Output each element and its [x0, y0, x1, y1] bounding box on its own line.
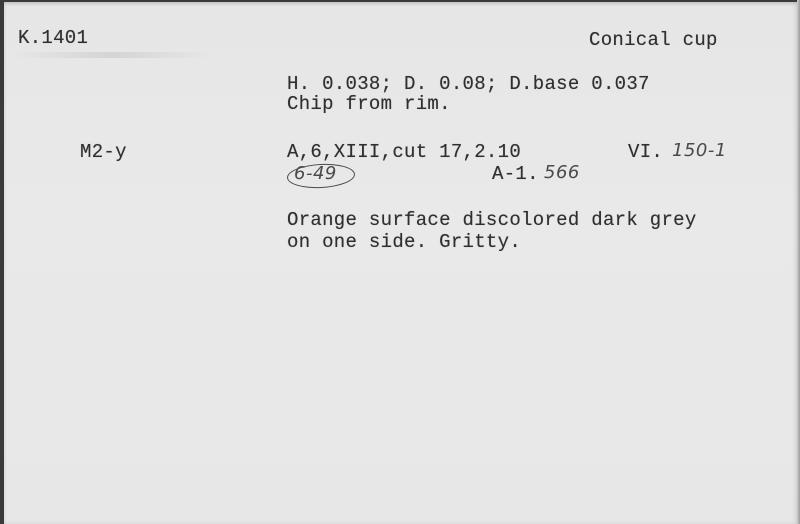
catalog-number: K.1401 — [18, 28, 88, 48]
fabric-code: M2-y — [80, 142, 127, 162]
condition-note: Chip from rim. — [287, 94, 451, 114]
inventory-ref-typed: VI. — [628, 142, 663, 162]
photo-ref-typed: A-1. — [492, 164, 539, 184]
catalog-card: K.1401 Conical cup H. 0.038; D. 0.08; D.… — [4, 2, 798, 524]
date-circled-handwritten: 6-49 — [294, 163, 337, 184]
object-type: Conical cup — [589, 30, 718, 50]
paper-smudge — [12, 52, 212, 58]
description-line-2: on one side. Gritty. — [287, 232, 521, 252]
excavation-context: A,6,XIII,cut 17,2.10 — [287, 142, 521, 162]
photo-ref-handwritten: 566 — [544, 162, 580, 183]
description-line-1: Orange surface discolored dark grey — [287, 210, 697, 230]
inventory-ref-handwritten: 150-1 — [672, 140, 727, 161]
dimensions: H. 0.038; D. 0.08; D.base 0.037 — [287, 74, 650, 94]
